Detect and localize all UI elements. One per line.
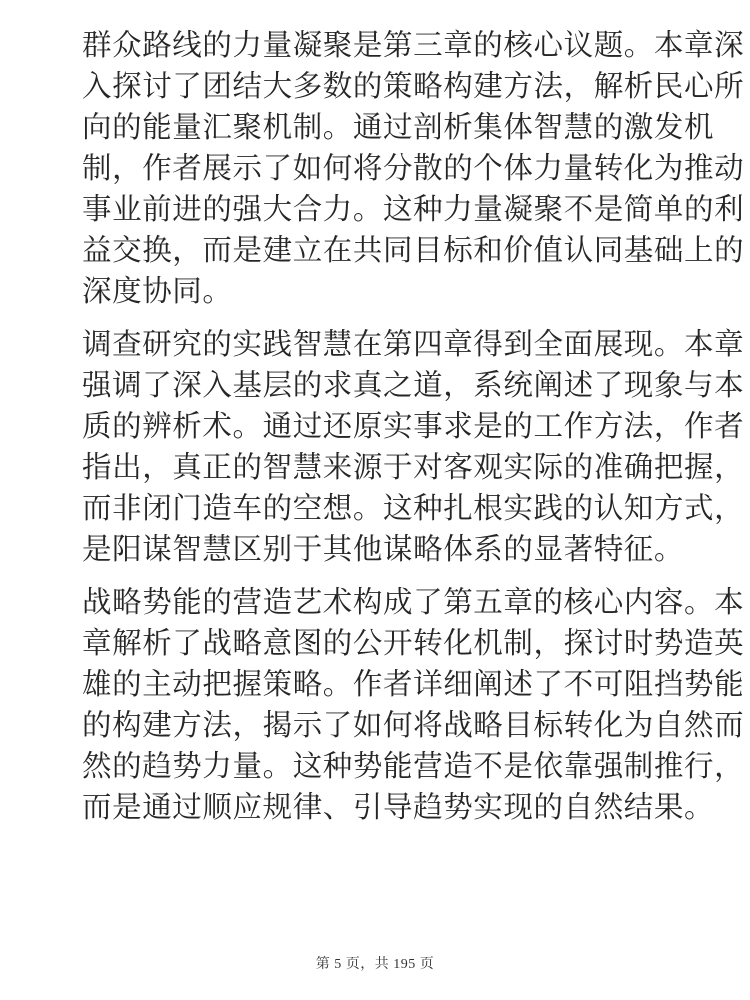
paragraph-chapter-5: 战略势能的营造艺术构成了第五章的核心内容。本 章解析了战略意图的公开转化机制，探…: [82, 582, 682, 828]
text-line: 强调了深入基层的求真之道，系统阐述了现象与本: [82, 365, 682, 406]
document-page: 群众路线的力量凝聚是第三章的核心议题。本章深 入探讨了团结大多数的策略构建方法，…: [82, 25, 682, 840]
text-line: 章解析了战略意图的公开转化机制，探讨时势造英: [82, 623, 682, 664]
text-line: 质的辨析术。通过还原实事求是的工作方法，作者: [82, 406, 682, 447]
text-line: 入探讨了团结大多数的策略构建方法，解析民心所: [82, 66, 682, 107]
text-line: 向的能量汇聚机制。通过剖析集体智慧的激发机: [82, 107, 682, 148]
text-line: 然的趋势力量。这种势能营造不是依靠强制推行，: [82, 746, 682, 787]
text-line: 事业前进的强大合力。这种力量凝聚不是简单的利: [82, 189, 682, 230]
text-line: 战略势能的营造艺术构成了第五章的核心内容。本: [82, 582, 682, 623]
text-line: 指出，真正的智慧来源于对客观实际的准确把握，: [82, 447, 682, 488]
text-line: 益交换，而是建立在共同目标和价值认同基础上的: [82, 230, 682, 271]
text-line: 是阳谋智慧区别于其他谋略体系的显著特征。: [82, 529, 682, 570]
text-line: 的构建方法，揭示了如何将战略目标转化为自然而: [82, 705, 682, 746]
text-line: 调查研究的实践智慧在第四章得到全面展现。本章: [82, 324, 682, 365]
text-line: 深度协同。: [82, 271, 682, 312]
page-number-footer: 第 5 页，共 195 页: [0, 953, 750, 973]
text-line: 而是通过顺应规律、引导趋势实现的自然结果。: [82, 787, 682, 828]
text-line: 制，作者展示了如何将分散的个体力量转化为推动: [82, 148, 682, 189]
paragraph-chapter-3: 群众路线的力量凝聚是第三章的核心议题。本章深 入探讨了团结大多数的策略构建方法，…: [82, 25, 682, 312]
text-line: 而非闭门造车的空想。这种扎根实践的认知方式，: [82, 488, 682, 529]
text-line: 雄的主动把握策略。作者详细阐述了不可阻挡势能: [82, 664, 682, 705]
text-line: 群众路线的力量凝聚是第三章的核心议题。本章深: [82, 25, 682, 66]
paragraph-chapter-4: 调查研究的实践智慧在第四章得到全面展现。本章 强调了深入基层的求真之道，系统阐述…: [82, 324, 682, 570]
